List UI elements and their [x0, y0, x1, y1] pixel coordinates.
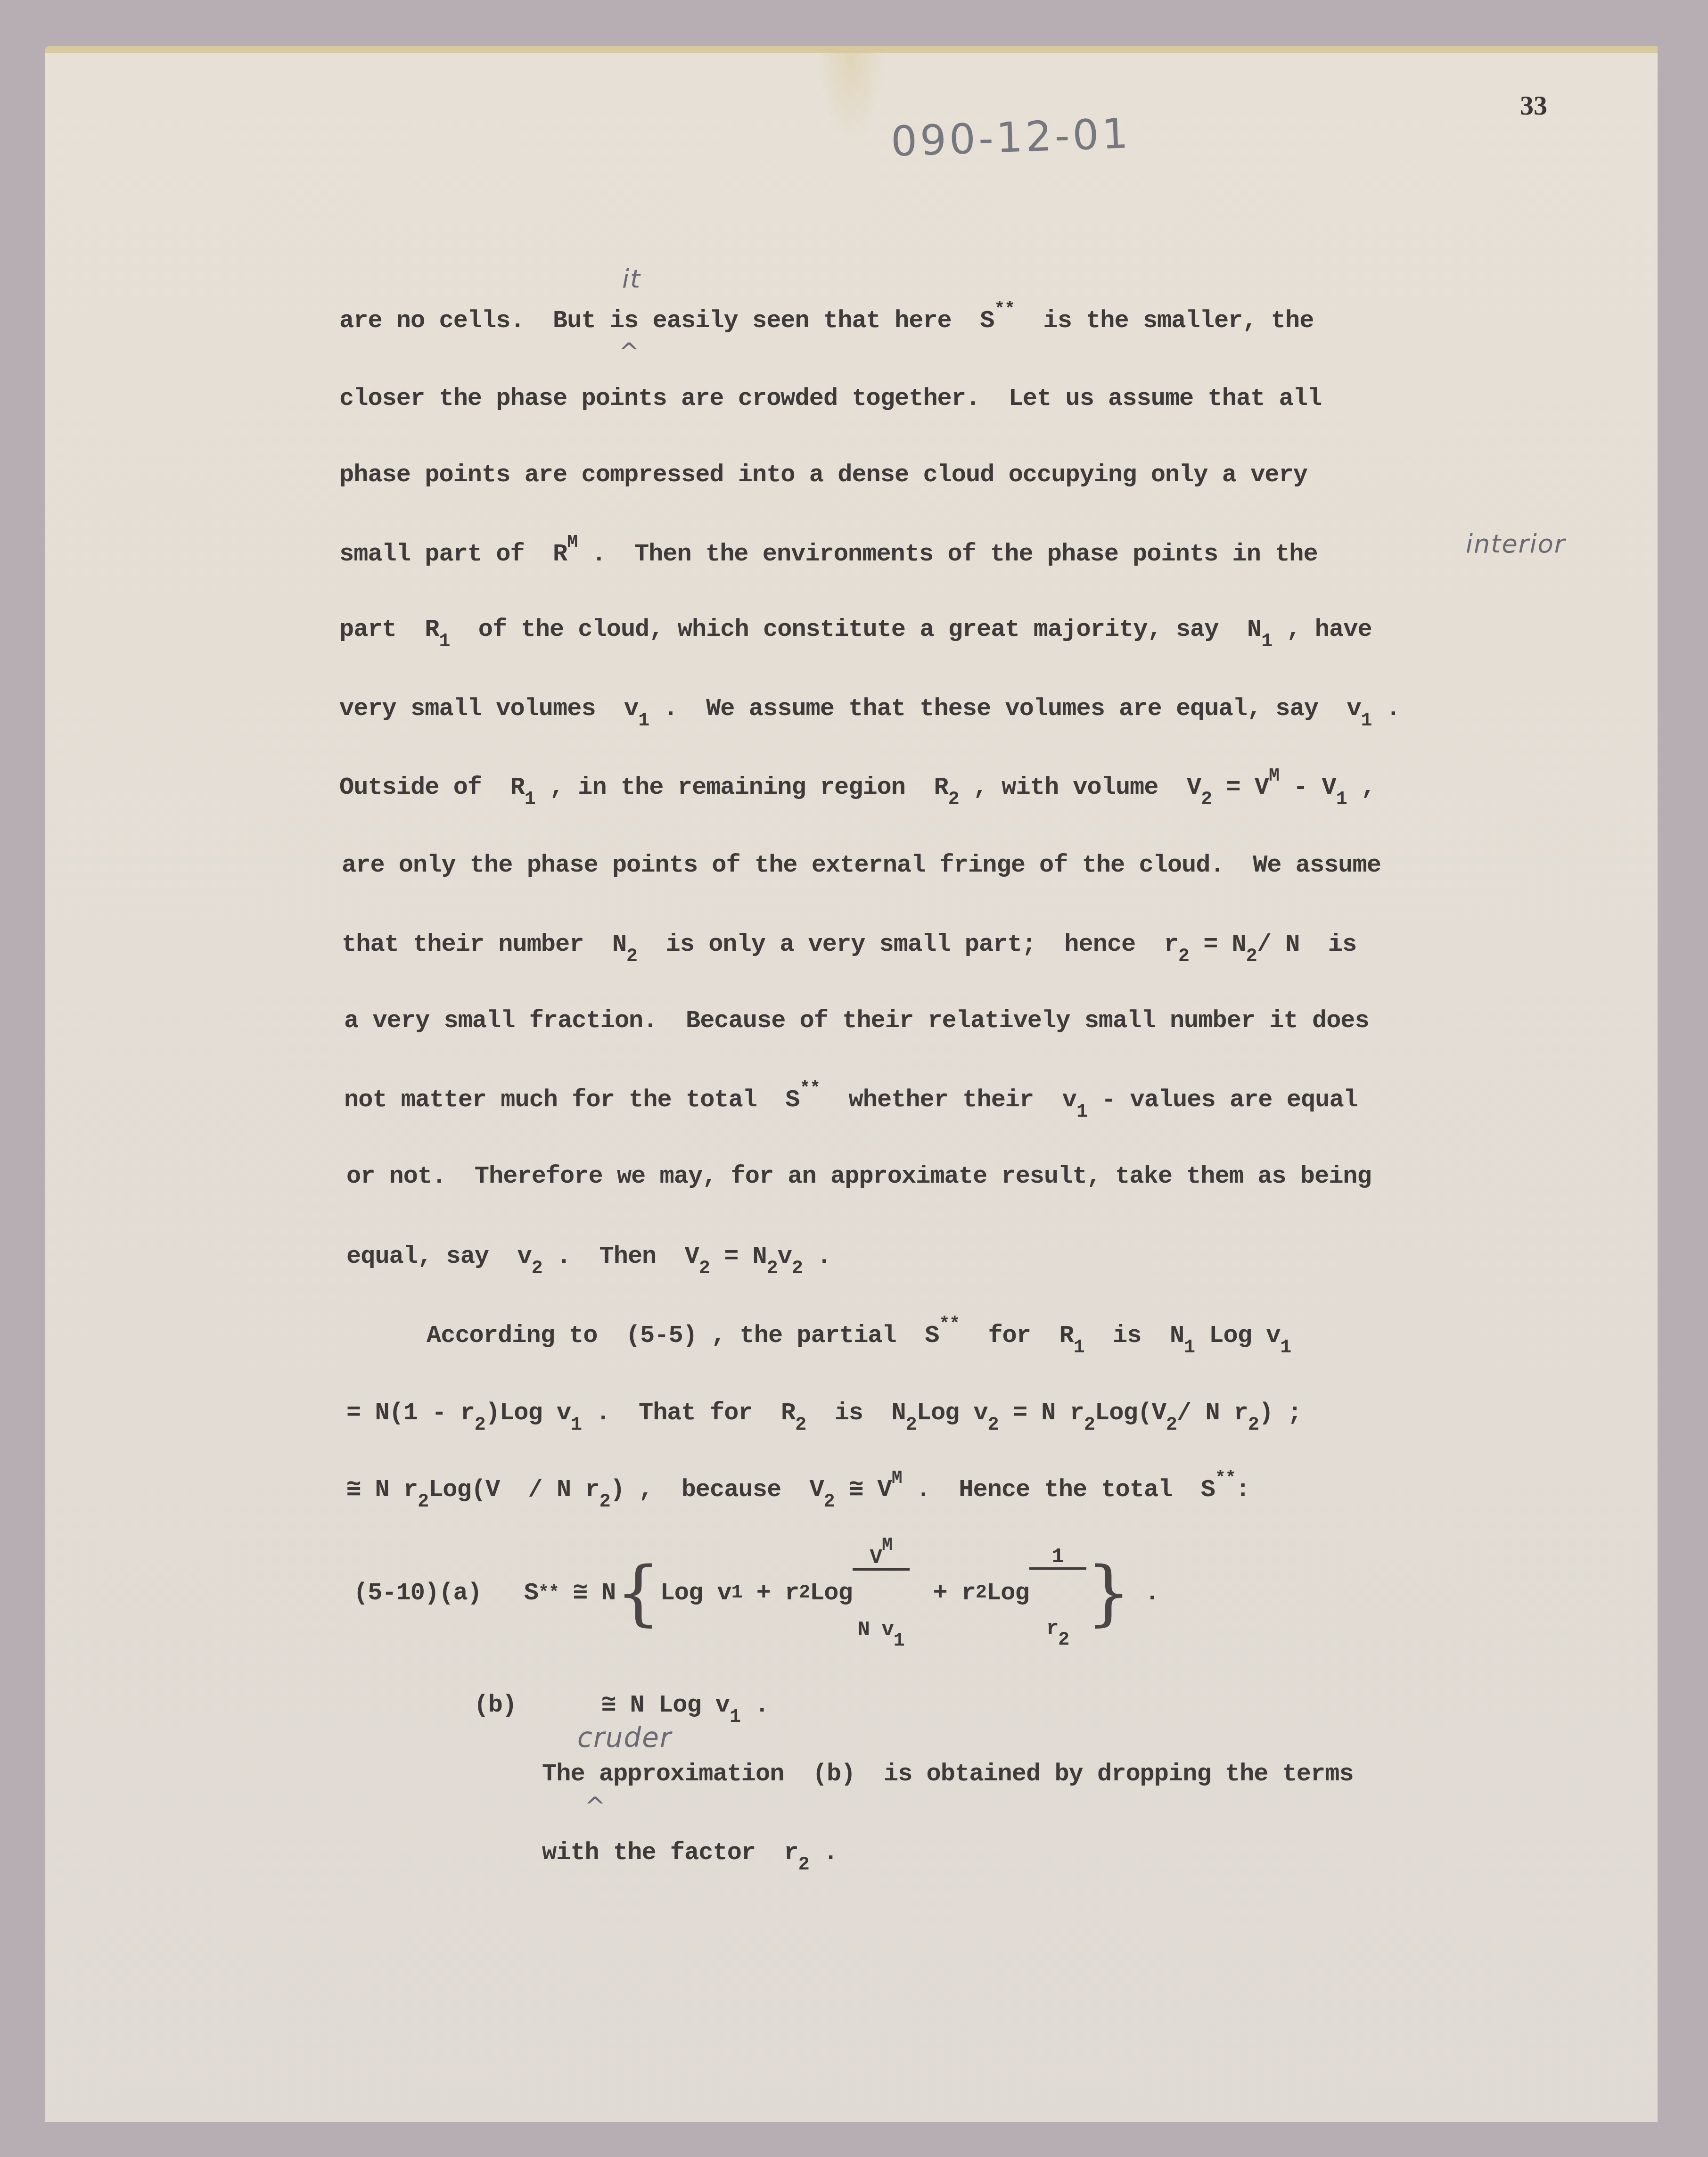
body-line-2: closer the phase points are crowded toge…	[339, 387, 1322, 411]
body-line-16: ≅ N r2Log(V / N r2) , because V2 ≅ VM . …	[346, 1478, 1250, 1502]
insertion-interior: interior	[1466, 529, 1566, 559]
body-line-1: are no cells. But is easily seen that he…	[339, 309, 1314, 333]
body-line-14: According to (5-5) , the partial S** for…	[427, 1324, 1291, 1348]
equation-5-10-b: (b)≅ N Log v1 .	[445, 1669, 769, 1718]
body-line-15: = N(1 - r2)Log v1 . That for R2 is N2Log…	[346, 1401, 1302, 1425]
fraction-1-over-r2: 1 r2	[1029, 1498, 1086, 1689]
closing-line-1: The approximation (b) is obtained by dro…	[542, 1762, 1354, 1787]
body-line-8: are only the phase points of the externa…	[342, 853, 1381, 878]
insertion-it: it	[622, 264, 641, 294]
paper-sheet	[45, 46, 1658, 2122]
close-brace: }	[1086, 1558, 1131, 1629]
equation-label-b: (b)	[474, 1691, 517, 1719]
archive-id-handwritten: 090-12-01	[890, 109, 1132, 166]
body-line-13: equal, say v2 . Then V2 = N2v2 .	[346, 1244, 831, 1269]
body-line-12: or not. Therefore we may, for an approxi…	[346, 1164, 1371, 1189]
body-line-5: part R1 of the cloud, which constitute a…	[339, 617, 1372, 642]
page-number: 33	[1520, 90, 1547, 121]
closing-line-2: with the factor r2 .	[542, 1841, 838, 1865]
equation-label-a: (5-10)(a)	[353, 1581, 482, 1605]
insertion-caret-cruder: ^	[584, 1791, 606, 1821]
equation-5-10-a: (5-10)(a) S** ≅ N { Log v1 + r2Log VM N …	[353, 1556, 1159, 1631]
fraction-vm-over-nv1: VM N v1	[853, 1497, 910, 1690]
body-line-11: not matter much for the total S** whethe…	[344, 1088, 1358, 1112]
insertion-caret-it: ^	[618, 337, 640, 367]
body-line-7: Outside of R1 , in the remaining region …	[339, 775, 1375, 800]
body-line-3: phase points are compressed into a dense…	[339, 463, 1307, 487]
open-brace: {	[616, 1558, 660, 1629]
insertion-cruder: cruder	[577, 1721, 672, 1754]
body-line-9: that their number N2 is only a very smal…	[342, 932, 1356, 957]
body-line-4: small part of RM . Then the environments…	[339, 542, 1318, 567]
body-line-6: very small volumes v1 . We assume that t…	[339, 697, 1400, 721]
body-line-10: a very small fraction. Because of their …	[344, 1009, 1369, 1033]
